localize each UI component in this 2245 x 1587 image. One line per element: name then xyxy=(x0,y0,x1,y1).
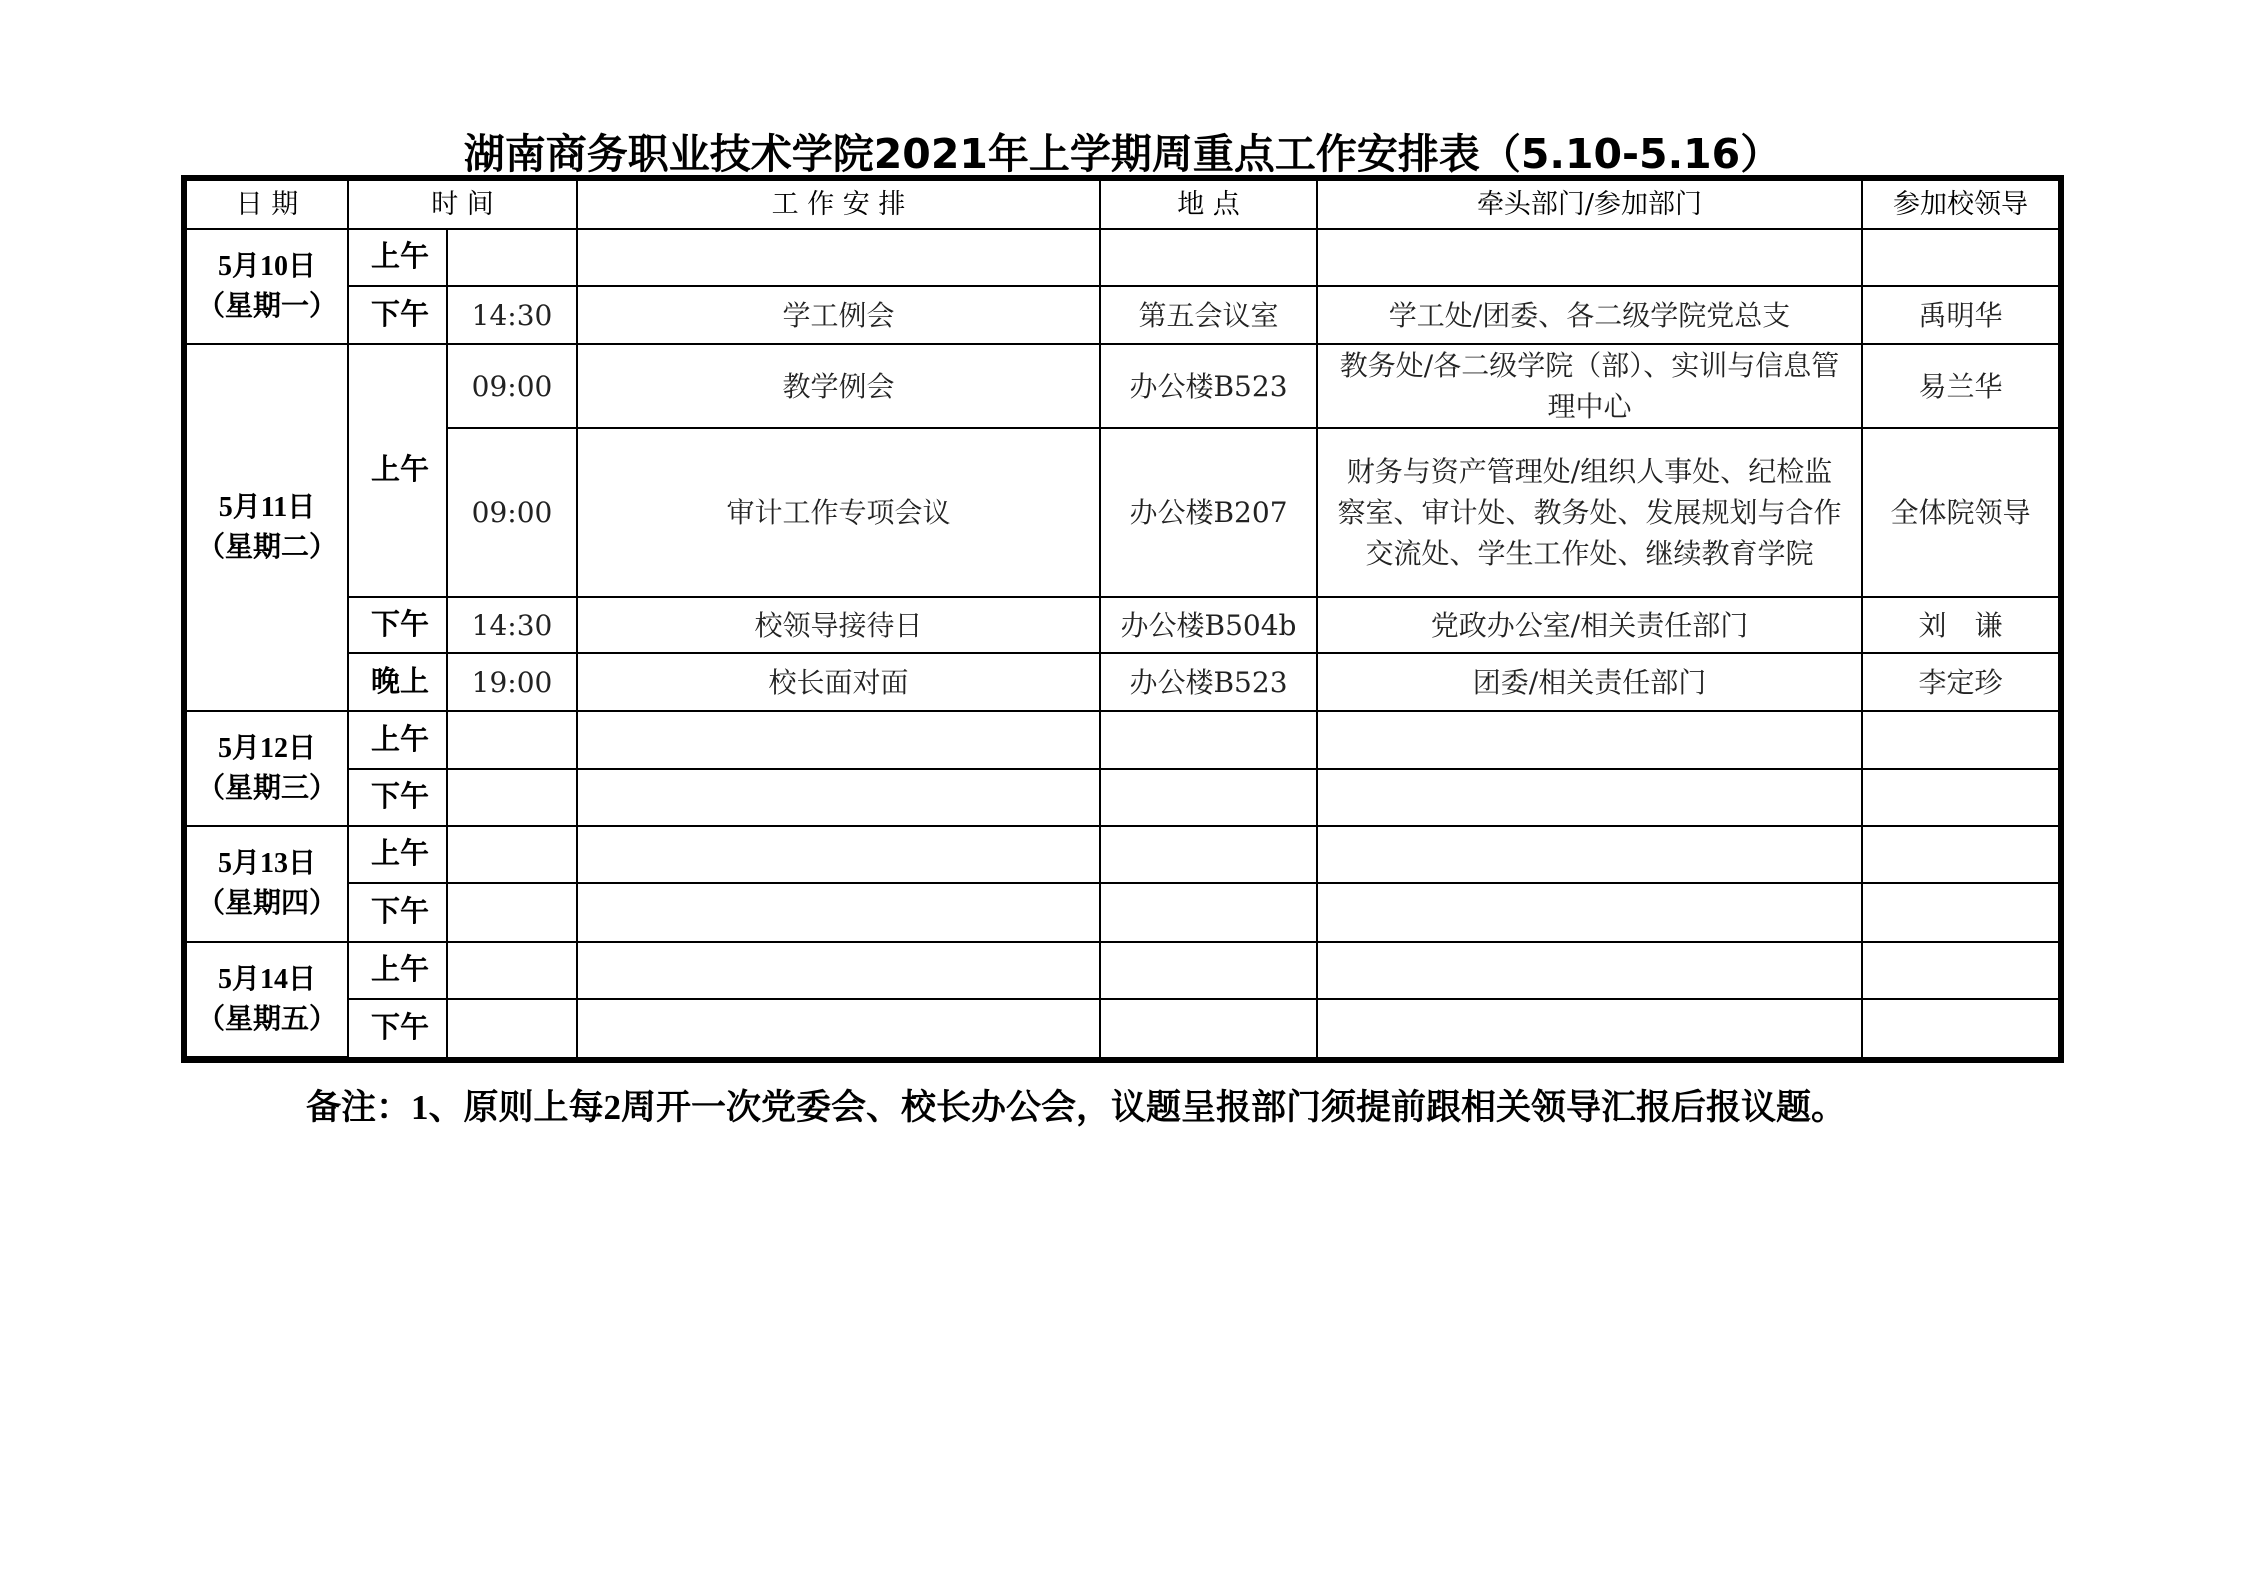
task-cell: 校长面对面 xyxy=(577,653,1100,711)
header-leaders: 参加校领导 xyxy=(1862,181,2058,229)
time-cell xyxy=(447,769,577,826)
period-cell: 下午 xyxy=(348,597,447,653)
table-row: 晚上 19:00 校长面对面 办公楼B523 团委/相关责任部门 李定珍 xyxy=(187,653,2058,711)
task-cell: 学工例会 xyxy=(577,286,1100,344)
location-cell xyxy=(1100,769,1317,826)
table-row: 下午 xyxy=(187,883,2058,942)
table-row: 09:00 审计工作专项会议 办公楼B207 财务与资产管理处/组织人事处、纪检… xyxy=(187,428,2058,597)
leader-cell xyxy=(1862,883,2058,942)
leader-cell xyxy=(1862,711,2058,769)
period-cell: 下午 xyxy=(348,883,447,942)
departments-cell xyxy=(1317,229,1862,286)
date-cell: 5月11日 （星期二） xyxy=(187,344,348,711)
period-cell: 晚上 xyxy=(348,653,447,711)
departments-cell: 党政办公室/相关责任部门 xyxy=(1317,597,1862,653)
period-cell: 上午 xyxy=(348,711,447,769)
date-label: 5月11日 xyxy=(187,488,347,528)
schedule-table: 日 期 时 间 工 作 安 排 地 点 牵头部门/参加部门 参加校领导 5月10… xyxy=(181,175,2064,1063)
period-cell: 上午 xyxy=(348,344,447,597)
weekday-label: （星期四） xyxy=(187,884,347,924)
header-row: 日 期 时 间 工 作 安 排 地 点 牵头部门/参加部门 参加校领导 xyxy=(187,181,2058,229)
leader-cell: 李定珍 xyxy=(1862,653,2058,711)
leader-cell xyxy=(1862,229,2058,286)
task-cell: 教学例会 xyxy=(577,344,1100,428)
time-cell: 14:30 xyxy=(447,597,577,653)
weekday-label: （星期一） xyxy=(187,287,347,327)
departments-cell: 学工处/团委、各二级学院党总支 xyxy=(1317,286,1862,344)
date-cell: 5月12日 （星期三） xyxy=(187,711,348,826)
task-cell xyxy=(577,711,1100,769)
period-cell: 下午 xyxy=(348,999,447,1057)
table-row: 5月10日 （星期一） 上午 xyxy=(187,229,2058,286)
period-cell: 上午 xyxy=(348,826,447,883)
task-cell xyxy=(577,826,1100,883)
weekday-label: （星期五） xyxy=(187,1000,347,1040)
table-row: 下午 14:30 校领导接待日 办公楼B504b 党政办公室/相关责任部门 刘 … xyxy=(187,597,2058,653)
time-cell: 19:00 xyxy=(447,653,577,711)
leader-cell: 易兰华 xyxy=(1862,344,2058,428)
departments-cell: 教务处/各二级学院（部）、实训与信息管理中心 xyxy=(1317,344,1862,428)
time-cell xyxy=(447,942,577,999)
table-row: 5月12日 （星期三） 上午 xyxy=(187,711,2058,769)
task-cell xyxy=(577,883,1100,942)
date-label: 5月14日 xyxy=(187,960,347,1000)
date-label: 5月12日 xyxy=(187,729,347,769)
task-cell xyxy=(577,999,1100,1057)
date-cell: 5月14日 （星期五） xyxy=(187,942,348,1057)
departments-cell xyxy=(1317,769,1862,826)
date-cell: 5月10日 （星期一） xyxy=(187,229,348,344)
leader-cell xyxy=(1862,769,2058,826)
departments-cell: 团委/相关责任部门 xyxy=(1317,653,1862,711)
departments-cell xyxy=(1317,942,1862,999)
table-row: 5月13日 （星期四） 上午 xyxy=(187,826,2058,883)
location-cell: 办公楼B523 xyxy=(1100,344,1317,428)
time-cell: 14:30 xyxy=(447,286,577,344)
time-cell xyxy=(447,883,577,942)
departments-cell xyxy=(1317,711,1862,769)
location-cell xyxy=(1100,826,1317,883)
footnote: 备注：1、原则上每2周开一次党委会、校长办公会，议题呈报部门须提前跟相关领导汇报… xyxy=(306,1085,1846,1130)
weekday-label: （星期二） xyxy=(187,528,347,568)
departments-cell xyxy=(1317,999,1862,1057)
task-cell: 审计工作专项会议 xyxy=(577,428,1100,597)
location-cell xyxy=(1100,229,1317,286)
period-cell: 上午 xyxy=(348,229,447,286)
leader-cell xyxy=(1862,999,2058,1057)
leader-cell xyxy=(1862,826,2058,883)
date-label: 5月13日 xyxy=(187,844,347,884)
table-row: 5月11日 （星期二） 上午 09:00 教学例会 办公楼B523 教务处/各二… xyxy=(187,344,2058,428)
table-row: 下午 14:30 学工例会 第五会议室 学工处/团委、各二级学院党总支 禹明华 xyxy=(187,286,2058,344)
time-cell xyxy=(447,999,577,1057)
task-cell: 校领导接待日 xyxy=(577,597,1100,653)
header-task: 工 作 安 排 xyxy=(577,181,1100,229)
task-cell xyxy=(577,769,1100,826)
header-location: 地 点 xyxy=(1100,181,1317,229)
period-cell: 上午 xyxy=(348,942,447,999)
header-date: 日 期 xyxy=(187,181,348,229)
header-departments: 牵头部门/参加部门 xyxy=(1317,181,1862,229)
date-cell: 5月13日 （星期四） xyxy=(187,826,348,942)
weekday-label: （星期三） xyxy=(187,769,347,809)
location-cell: 办公楼B504b xyxy=(1100,597,1317,653)
leader-cell: 刘 谦 xyxy=(1862,597,2058,653)
location-cell xyxy=(1100,883,1317,942)
task-cell xyxy=(577,229,1100,286)
departments-cell xyxy=(1317,883,1862,942)
location-cell: 第五会议室 xyxy=(1100,286,1317,344)
table-row: 下午 xyxy=(187,769,2058,826)
time-cell xyxy=(447,826,577,883)
date-label: 5月10日 xyxy=(187,247,347,287)
schedule-grid: 日 期 时 间 工 作 安 排 地 点 牵头部门/参加部门 参加校领导 5月10… xyxy=(187,181,2058,1058)
period-cell: 下午 xyxy=(348,769,447,826)
period-cell: 下午 xyxy=(348,286,447,344)
table-row: 下午 xyxy=(187,999,2058,1057)
header-time: 时 间 xyxy=(348,181,577,229)
departments-cell xyxy=(1317,826,1862,883)
time-cell: 09:00 xyxy=(447,344,577,428)
leader-cell: 全体院领导 xyxy=(1862,428,2058,597)
location-cell xyxy=(1100,711,1317,769)
time-cell xyxy=(447,229,577,286)
departments-cell: 财务与资产管理处/组织人事处、纪检监察室、审计处、教务处、发展规划与合作交流处、… xyxy=(1317,428,1862,597)
time-cell xyxy=(447,711,577,769)
leader-cell: 禹明华 xyxy=(1862,286,2058,344)
location-cell xyxy=(1100,942,1317,999)
location-cell xyxy=(1100,999,1317,1057)
leader-cell xyxy=(1862,942,2058,999)
location-cell: 办公楼B207 xyxy=(1100,428,1317,597)
location-cell: 办公楼B523 xyxy=(1100,653,1317,711)
time-cell: 09:00 xyxy=(447,428,577,597)
table-row: 5月14日 （星期五） 上午 xyxy=(187,942,2058,999)
task-cell xyxy=(577,942,1100,999)
